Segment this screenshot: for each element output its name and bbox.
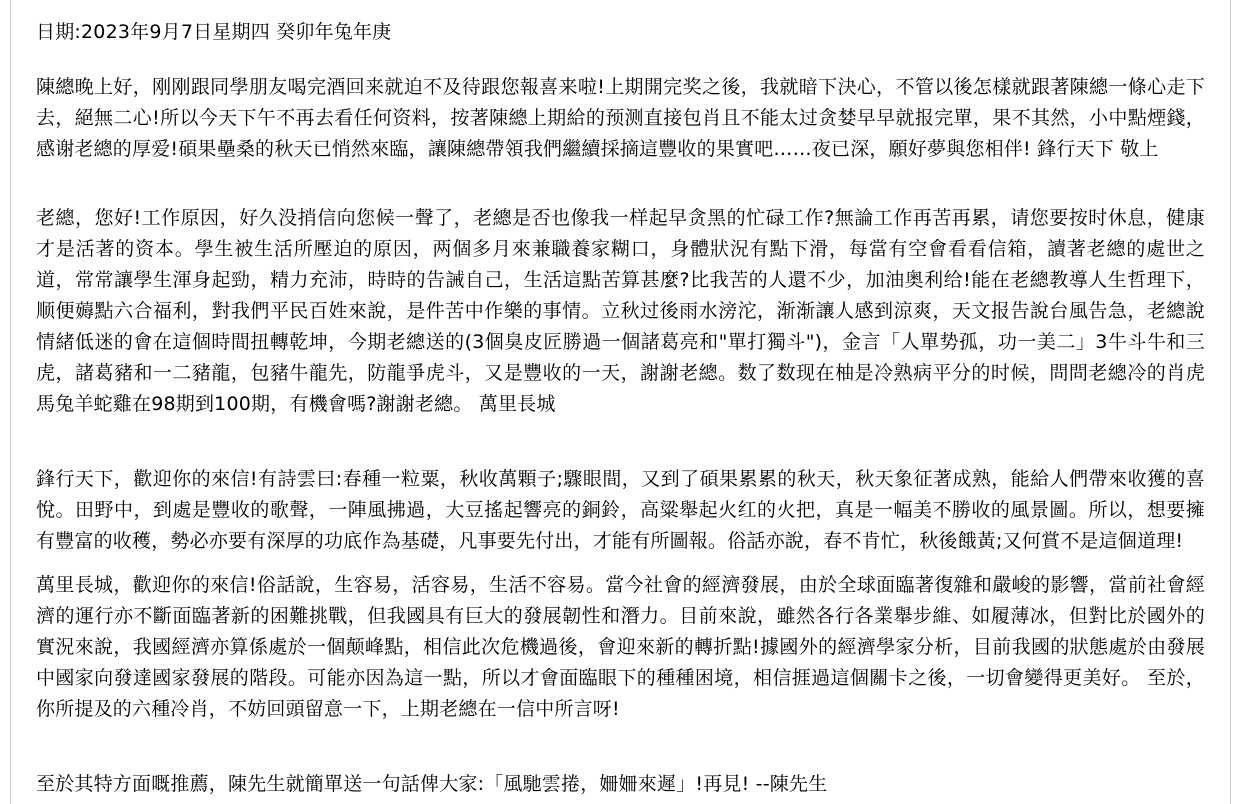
letter-paragraph-reply-to-wanlichangcheng: 萬里長城，歡迎你的來信!俗話說，生容易，活容易，生活不容易。當今社會的經濟發展，… xyxy=(36,570,1205,725)
letter-paragraph-reader-wanlichangcheng: 老總，您好!工作原因，好久没捎信向您候一聲了，老總是否也像我一样起早贪黑的忙碌工… xyxy=(36,203,1205,420)
letter-document: 日期:2023年9月7日星期四 癸卯年兔年庚 陳總晚上好，刚刚跟同學朋友喝完酒回… xyxy=(10,0,1231,804)
letter-paragraph-reader-fengxingtianxia: 陳總晚上好，刚刚跟同學朋友喝完酒回来就迫不及待跟您報喜来啦!上期開完奖之後，我就… xyxy=(36,72,1205,165)
letter-paragraph-reply-to-fengxingtianxia: 鋒行天下，歡迎你的來信!有詩雲曰:春種一粒粟，秋收萬顆子;驟眼間，又到了碩果累累… xyxy=(36,464,1205,557)
date-line: 日期:2023年9月7日星期四 癸卯年兔年庚 xyxy=(36,17,1205,48)
